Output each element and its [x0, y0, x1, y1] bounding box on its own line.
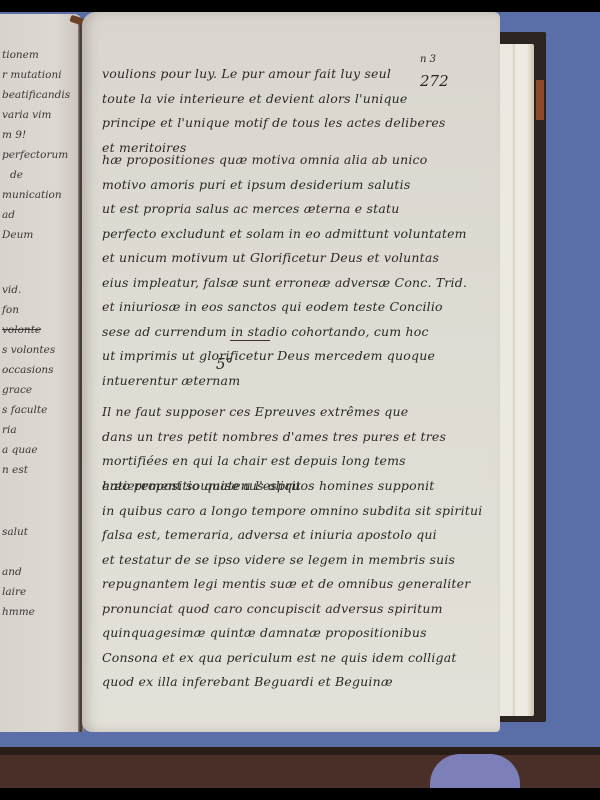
- text-line: mortifiées en qui la chair est depuis lo…: [102, 449, 482, 474]
- fragment-line: salut: [2, 522, 35, 542]
- text-line: perfecto excludunt et solam in eo admitt…: [102, 222, 482, 247]
- fragment-line: tionem: [2, 45, 70, 65]
- text-line: pronunciat quod caro concupiscit adversu…: [102, 597, 482, 622]
- fragment-line: vid.: [2, 280, 55, 300]
- paragraph-4: hæc propositio quatenus aliquos homines …: [102, 474, 482, 695]
- text-line: hæ propositiones quæ motiva omnia alia a…: [102, 148, 482, 173]
- text-line: eius impleatur, falsæ sunt erroneæ adver…: [102, 271, 482, 296]
- text-line: toute la vie interieure et devient alors…: [102, 87, 482, 112]
- fragment-line: perfectorum: [2, 145, 70, 165]
- text-line: falsa est, temeraria, adversa et iniuria…: [102, 523, 482, 548]
- fragment-line: de: [2, 165, 70, 185]
- fragment-line: varia vim: [2, 105, 70, 125]
- fragment-line: and: [2, 562, 35, 582]
- text-line: quinquagesimæ quintæ damnatæ proposition…: [102, 621, 482, 646]
- fragment-line: [2, 542, 35, 562]
- fragment-line: beatificandis: [2, 85, 70, 105]
- text-line: motivo amoris puri et ipsum desiderium s…: [102, 173, 482, 198]
- text-line: intuerentur æternam: [102, 369, 482, 394]
- text-line: dans un tres petit nombres d'ames tres p…: [102, 425, 482, 450]
- fragment-line: m 9!: [2, 125, 70, 145]
- fragment-line: r mutationi: [2, 65, 70, 85]
- text-line: et iniuriosæ in eos sanctos qui eodem te…: [102, 295, 482, 320]
- fragment-line: hmme: [2, 602, 35, 622]
- paragraph-1: voulions pour luy. Le pur amour fait luy…: [102, 62, 482, 160]
- fragment-line: s faculte: [2, 400, 55, 420]
- cover-rust-stain: [536, 80, 544, 120]
- letterbox-top: [0, 0, 600, 12]
- text-line: ut est propria salus ac merces æterna e …: [102, 197, 482, 222]
- text-line: Consona et ex qua periculum est ne quis …: [102, 646, 482, 671]
- fragment-line: fon: [2, 300, 55, 320]
- fragment-line: ad: [2, 205, 70, 225]
- text-line: repugnantem legi mentis suæ et de omnibu…: [102, 572, 482, 597]
- fragment-line: grace: [2, 380, 55, 400]
- text-line: ut imprimis ut glorificetur Deus mercede…: [102, 344, 482, 369]
- letterbox-bottom: [0, 788, 600, 800]
- section-number: 5°: [216, 355, 233, 373]
- left-page-fragments-middle: vid. fon volonte s volontes occasions gr…: [2, 280, 55, 480]
- fragment-line: occasions: [2, 360, 55, 380]
- text-line: in quibus caro a longo tempore omnino su…: [102, 499, 482, 524]
- fragment-line: Deum: [2, 225, 70, 245]
- fragment-line: a quae: [2, 440, 55, 460]
- cloth: [430, 754, 520, 788]
- text-line: Il ne faut supposer ces Epreuves extrême…: [102, 400, 482, 425]
- fragment-line: munication: [2, 185, 70, 205]
- left-page-fragments-bottom: salut and laire hmme: [2, 522, 35, 622]
- left-page-fragments-top: tionem r mutationi beatificandis varia v…: [2, 45, 70, 245]
- text-line: voulions pour luy. Le pur amour fait luy…: [102, 62, 482, 87]
- text-line: et unicum motivum ut Glorificetur Deus e…: [102, 246, 482, 271]
- text-line: quod ex illa inferebant Beguardi et Begu…: [102, 670, 482, 695]
- fragment-line-struck: volonte: [2, 320, 55, 340]
- text-line: sese ad currendum in stadio cohortando, …: [102, 320, 482, 345]
- text-line: principe et l'unique motif de tous les a…: [102, 111, 482, 136]
- fragment-line: s volontes: [2, 340, 55, 360]
- paragraph-2: hæ propositiones quæ motiva omnia alia a…: [102, 148, 482, 393]
- fragment-line: n est: [2, 460, 55, 480]
- text-line: et testatur de se ipso videre se legem i…: [102, 548, 482, 573]
- fragment-line: ria: [2, 420, 55, 440]
- text-line: hæc propositio quatenus aliquos homines …: [102, 474, 482, 499]
- fragment-line: laire: [2, 582, 35, 602]
- closing-rule: [230, 340, 270, 341]
